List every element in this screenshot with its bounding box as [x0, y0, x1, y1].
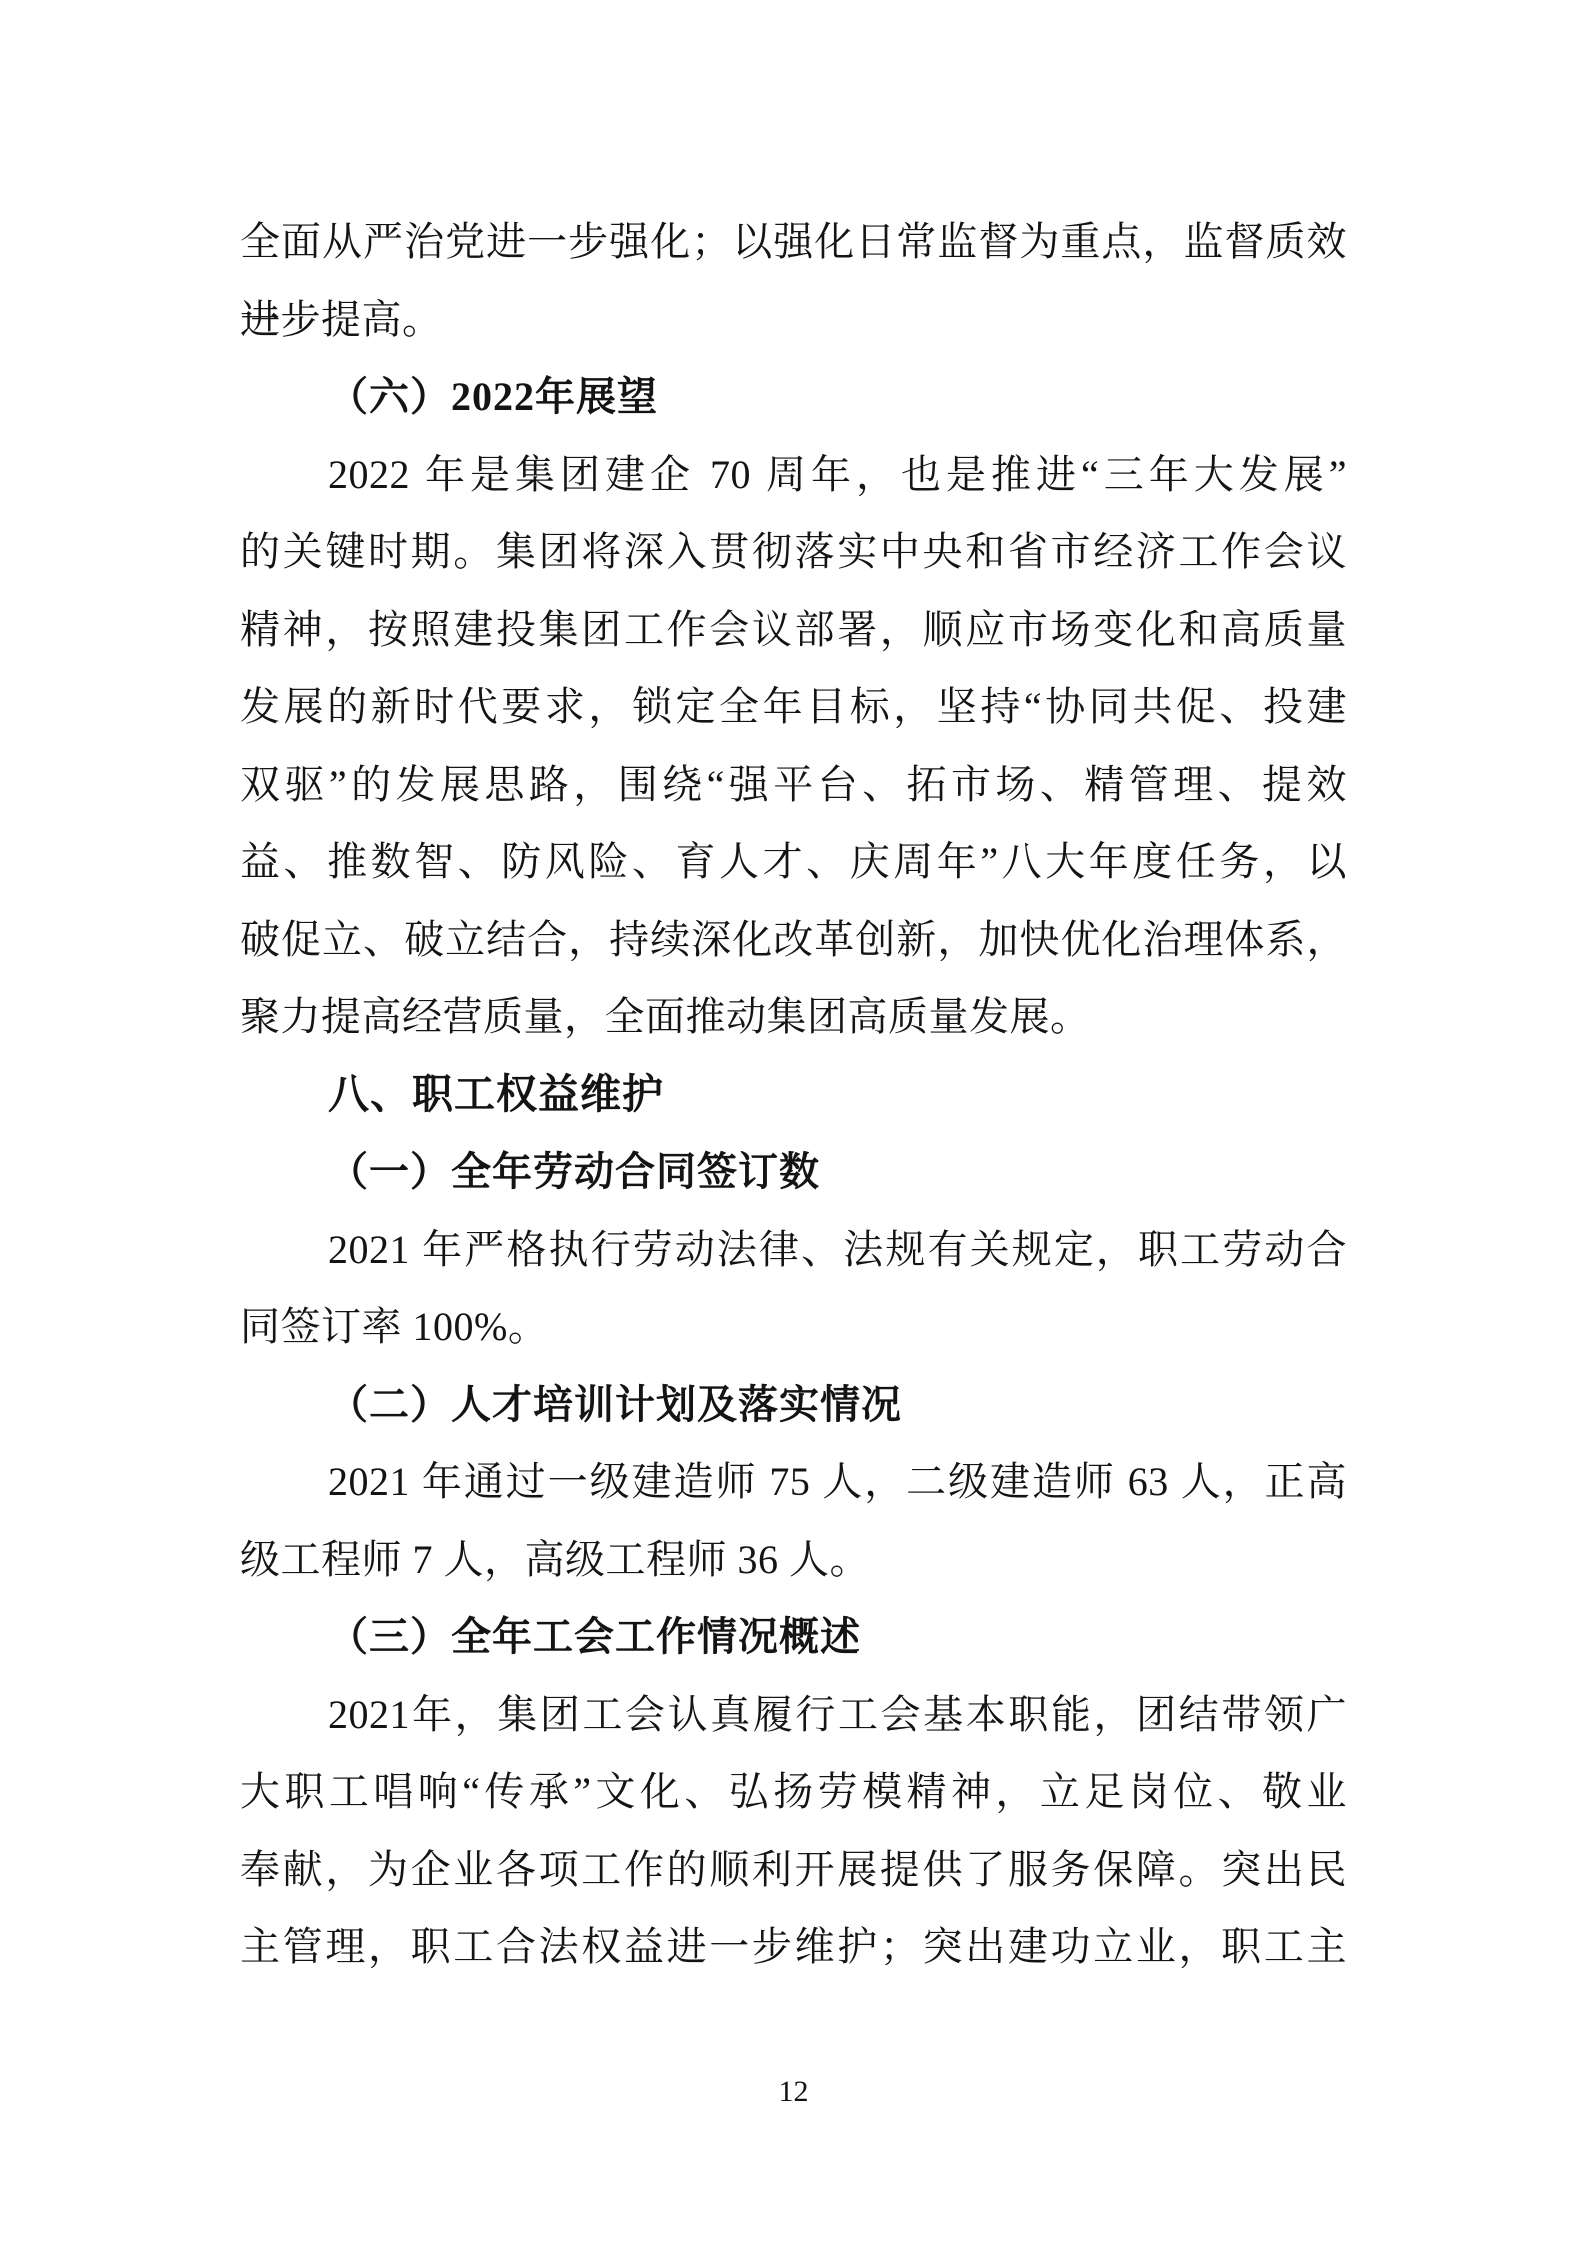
sub-section-heading: （三）全年工会工作情况概述 — [240, 1598, 1347, 1676]
sub-section-heading: （一）全年劳动合同签订数 — [240, 1133, 1347, 1211]
body-text-line: 2021 年通过一级建造师 75 人，二级建造师 63 人，正高 — [240, 1443, 1347, 1521]
body-text-line: 大职工唱响“传承”文化、弘扬劳模精神，立足岗位、敬业 — [240, 1753, 1347, 1831]
body-text-line: 2021年，集团工会认真履行工会基本职能，团结带领广 — [240, 1676, 1347, 1754]
body-text-line: 主管理，职工合法权益进一步维护；突出建功立业，职工主 — [240, 1908, 1347, 1986]
body-text-line: 发展的新时代要求，锁定全年目标，坚持“协同共促、投建 — [240, 668, 1347, 746]
body-text-line: 2022 年是集团建企 70 周年，也是推进“三年大发展” — [240, 436, 1347, 514]
body-text-line: 奉献，为企业各项工作的顺利开展提供了服务保障。突出民 — [240, 1831, 1347, 1909]
page-number: 12 — [0, 2072, 1587, 2112]
body-text-line: 全面从严治党进一步强化；以强化日常监督为重点，监督质效进 — [240, 203, 1347, 281]
sub-section-heading: （二）人才培训计划及落实情况 — [240, 1366, 1347, 1444]
sub-section-heading: （六）2022年展望 — [240, 358, 1347, 436]
body-text-line: 聚力提高经营质量，全面推动集团高质量发展。 — [240, 978, 1347, 1056]
section-heading: 八、职工权益维护 — [240, 1056, 1347, 1134]
body-text-line: 2021 年严格执行劳动法律、法规有关规定，职工劳动合 — [240, 1211, 1347, 1289]
body-text-line: 同签订率 100%。 — [240, 1288, 1347, 1366]
body-text-line: 的关键时期。集团将深入贯彻落实中央和省市经济工作会议 — [240, 513, 1347, 591]
body-text-line: 破促立、破立结合，持续深化改革创新，加快优化治理体系， — [240, 901, 1347, 979]
body-text-line: 精神，按照建投集团工作会议部署，顺应市场变化和高质量 — [240, 591, 1347, 669]
body-text-line: 益、推数智、防风险、育人才、庆周年”八大年度任务，以 — [240, 823, 1347, 901]
document-page: 全面从严治党进一步强化；以强化日常监督为重点，监督质效进 一步提高。 （六）20… — [0, 0, 1587, 2245]
document-body: 全面从严治党进一步强化；以强化日常监督为重点，监督质效进 一步提高。 （六）20… — [240, 203, 1347, 1986]
body-text-line: 一步提高。 — [240, 281, 1347, 359]
body-text-line: 双驱”的发展思路，围绕“强平台、拓市场、精管理、提效 — [240, 746, 1347, 824]
body-text-line: 级工程师 7 人，高级工程师 36 人。 — [240, 1521, 1347, 1599]
